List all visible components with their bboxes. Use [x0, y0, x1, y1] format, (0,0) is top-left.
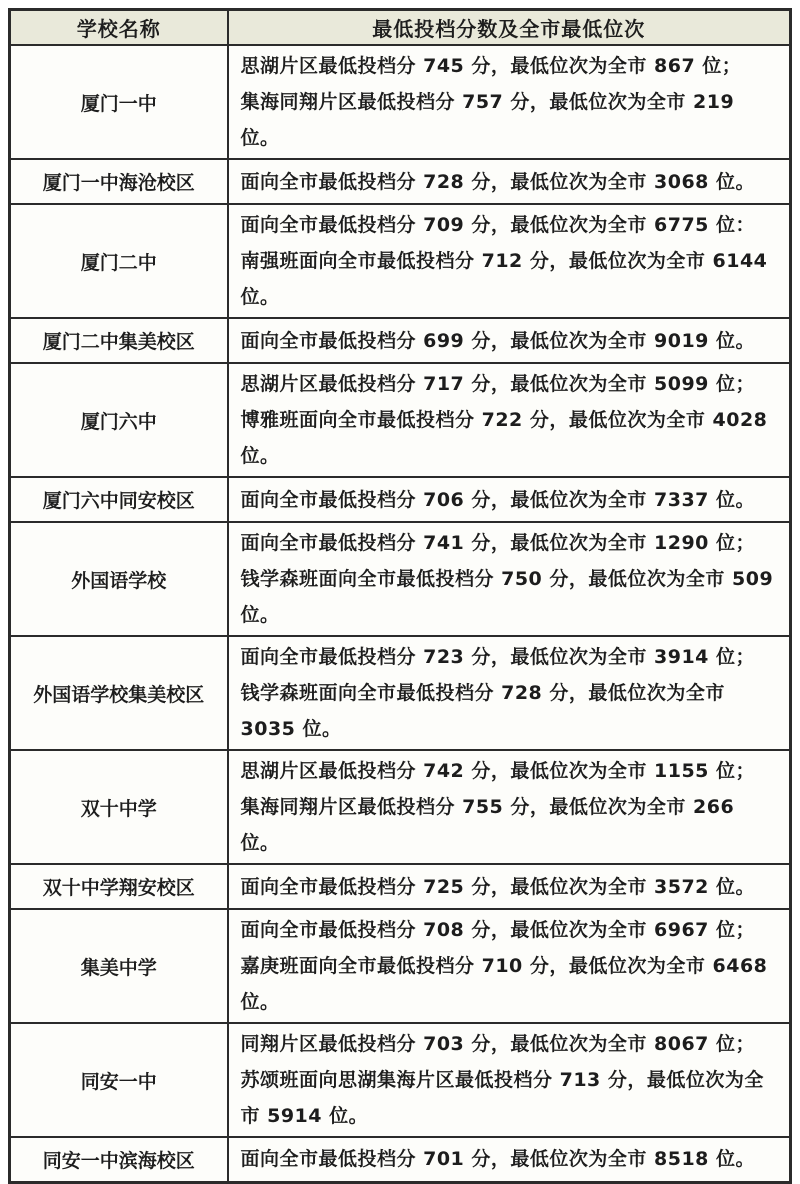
score-line: 面向全市最低投档分 725 分，最低位次为全市 3572 位。: [241, 869, 780, 905]
table-row: 外国语学校集美校区 面向全市最低投档分 723 分，最低位次为全市 3914 位…: [10, 636, 791, 750]
score-line: 思湖片区最低投档分 745 分，最低位次为全市 867 位；: [241, 48, 780, 84]
table-row: 厦门六中 思湖片区最低投档分 717 分，最低位次为全市 5099 位； 博雅班…: [10, 363, 791, 477]
header-score-detail: 最低投档分数及全市最低位次: [228, 10, 791, 46]
school-name-cell: 双十中学翔安校区: [10, 864, 228, 909]
header-school-name: 学校名称: [10, 10, 228, 46]
score-line: 面向全市最低投档分 701 分，最低位次为全市 8518 位。: [241, 1141, 780, 1177]
score-line: 思湖片区最低投档分 717 分，最低位次为全市 5099 位；: [241, 366, 780, 402]
score-detail-cell: 面向全市最低投档分 728 分，最低位次为全市 3068 位。: [228, 159, 791, 204]
school-name-cell: 外国语学校: [10, 522, 228, 636]
score-line: 面向全市最低投档分 741 分，最低位次为全市 1290 位；: [241, 525, 780, 561]
score-line: 面向全市最低投档分 699 分，最低位次为全市 9019 位。: [241, 323, 780, 359]
score-detail-cell: 面向全市最低投档分 725 分，最低位次为全市 3572 位。: [228, 864, 791, 909]
score-line: 集海同翔片区最低投档分 755 分，最低位次为全市 266 位。: [241, 789, 780, 861]
score-line: 面向全市最低投档分 723 分，最低位次为全市 3914 位；: [241, 639, 780, 675]
table-row: 集美中学 面向全市最低投档分 708 分，最低位次为全市 6967 位； 嘉庚班…: [10, 909, 791, 1023]
table-row: 双十中学翔安校区 面向全市最低投档分 725 分，最低位次为全市 3572 位。: [10, 864, 791, 909]
school-name-cell: 厦门二中: [10, 204, 228, 318]
school-name-cell: 双十中学: [10, 750, 228, 864]
score-line: 同翔片区最低投档分 703 分，最低位次为全市 8067 位；: [241, 1026, 780, 1062]
school-name-cell: 厦门六中同安校区: [10, 477, 228, 522]
score-line: 苏颂班面向思湖集海片区最低投档分 713 分，最低位次为全市 5914 位。: [241, 1062, 780, 1134]
score-detail-cell: 面向全市最低投档分 723 分，最低位次为全市 3914 位； 钱学森班面向全市…: [228, 636, 791, 750]
table-row: 双十中学 思湖片区最低投档分 742 分，最低位次为全市 1155 位； 集海同…: [10, 750, 791, 864]
score-line: 钱学森班面向全市最低投档分 728 分，最低位次为全市 3035 位。: [241, 675, 780, 747]
school-name-cell: 厦门一中: [10, 45, 228, 159]
score-line: 南强班面向全市最低投档分 712 分，最低位次为全市 6144 位。: [241, 243, 780, 315]
score-line: 钱学森班面向全市最低投档分 750 分，最低位次为全市 509 位。: [241, 561, 780, 633]
score-detail-cell: 面向全市最低投档分 741 分，最低位次为全市 1290 位； 钱学森班面向全市…: [228, 522, 791, 636]
table-row: 外国语学校 面向全市最低投档分 741 分，最低位次为全市 1290 位； 钱学…: [10, 522, 791, 636]
score-line: 集海同翔片区最低投档分 757 分，最低位次为全市 219 位。: [241, 84, 780, 156]
score-detail-cell: 面向全市最低投档分 699 分，最低位次为全市 9019 位。: [228, 318, 791, 363]
school-name-cell: 厦门一中海沧校区: [10, 159, 228, 204]
score-detail-cell: 思湖片区最低投档分 742 分，最低位次为全市 1155 位； 集海同翔片区最低…: [228, 750, 791, 864]
score-detail-cell: 面向全市最低投档分 706 分，最低位次为全市 7337 位。: [228, 477, 791, 522]
table-row: 厦门二中 面向全市最低投档分 709 分，最低位次为全市 6775 位： 南强班…: [10, 204, 791, 318]
table-row: 厦门一中 思湖片区最低投档分 745 分，最低位次为全市 867 位； 集海同翔…: [10, 45, 791, 159]
score-line: 博雅班面向全市最低投档分 722 分，最低位次为全市 4028 位。: [241, 402, 780, 474]
score-detail-cell: 思湖片区最低投档分 745 分，最低位次为全市 867 位； 集海同翔片区最低投…: [228, 45, 791, 159]
score-detail-cell: 同翔片区最低投档分 703 分，最低位次为全市 8067 位； 苏颂班面向思湖集…: [228, 1023, 791, 1137]
score-line: 嘉庚班面向全市最低投档分 710 分，最低位次为全市 6468 位。: [241, 948, 780, 1020]
score-detail-cell: 面向全市最低投档分 709 分，最低位次为全市 6775 位： 南强班面向全市最…: [228, 204, 791, 318]
score-detail-cell: 面向全市最低投档分 701 分，最低位次为全市 8518 位。: [228, 1137, 791, 1182]
table-row: 厦门六中同安校区 面向全市最低投档分 706 分，最低位次为全市 7337 位。: [10, 477, 791, 522]
table-row: 同安一中滨海校区 面向全市最低投档分 701 分，最低位次为全市 8518 位。: [10, 1137, 791, 1182]
score-line: 面向全市最低投档分 709 分，最低位次为全市 6775 位：: [241, 207, 780, 243]
score-line: 面向全市最低投档分 728 分，最低位次为全市 3068 位。: [241, 164, 780, 200]
score-line: 面向全市最低投档分 708 分，最低位次为全市 6967 位；: [241, 912, 780, 948]
score-detail-cell: 面向全市最低投档分 708 分，最低位次为全市 6967 位； 嘉庚班面向全市最…: [228, 909, 791, 1023]
header-row: 学校名称 最低投档分数及全市最低位次: [10, 10, 791, 46]
table-row: 厦门一中海沧校区 面向全市最低投档分 728 分，最低位次为全市 3068 位。: [10, 159, 791, 204]
school-name-cell: 厦门二中集美校区: [10, 318, 228, 363]
score-line: 思湖片区最低投档分 742 分，最低位次为全市 1155 位；: [241, 753, 780, 789]
school-name-cell: 集美中学: [10, 909, 228, 1023]
school-name-cell: 厦门六中: [10, 363, 228, 477]
score-line: 面向全市最低投档分 706 分，最低位次为全市 7337 位。: [241, 482, 780, 518]
score-detail-cell: 思湖片区最低投档分 717 分，最低位次为全市 5099 位； 博雅班面向全市最…: [228, 363, 791, 477]
table-row: 厦门二中集美校区 面向全市最低投档分 699 分，最低位次为全市 9019 位。: [10, 318, 791, 363]
admission-score-table: 学校名称 最低投档分数及全市最低位次 厦门一中 思湖片区最低投档分 745 分，…: [8, 8, 792, 1184]
table-row: 同安一中 同翔片区最低投档分 703 分，最低位次为全市 8067 位； 苏颂班…: [10, 1023, 791, 1137]
school-name-cell: 同安一中滨海校区: [10, 1137, 228, 1182]
school-name-cell: 外国语学校集美校区: [10, 636, 228, 750]
school-name-cell: 同安一中: [10, 1023, 228, 1137]
admission-score-table-wrap: 学校名称 最低投档分数及全市最低位次 厦门一中 思湖片区最低投档分 745 分，…: [8, 8, 792, 1184]
